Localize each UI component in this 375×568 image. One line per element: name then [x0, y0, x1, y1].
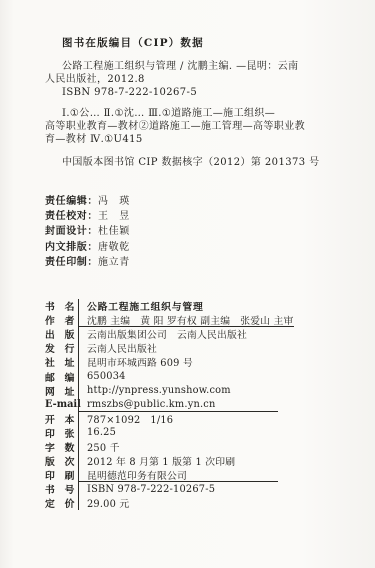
credit-row-typesetting: 内文排版： 唐敬乾 — [45, 238, 130, 253]
row-value: 16.25 — [78, 426, 278, 440]
credit-value: 冯 瑛 — [98, 192, 130, 207]
row-value: 昆明市环城西路 609 号 — [78, 355, 278, 369]
cip-record-block: 公路工程施工组织与管理 / 沈鹏主编. —昆明：云南 人民出版社，2012.8 … — [45, 60, 345, 99]
credit-row-cover-design: 封面设计： 杜佳颖 — [45, 222, 130, 237]
credit-label: 内文排版： — [45, 238, 98, 253]
credit-value: 唐敬乾 — [98, 238, 130, 253]
cip-record-line1: 公路工程施工组织与管理 / 沈鹏主编. —昆明：云南 — [45, 60, 345, 73]
cip-record-line2: 人民出版社，2012.8 — [45, 73, 345, 86]
table-row-distributor: 发 行 云南人民出版社 — [45, 341, 278, 355]
table-row-printer: 印 刷 昆明德范印务有限公司 — [45, 468, 278, 482]
row-label: 书 名 — [45, 299, 78, 313]
credit-row-print-supervisor: 责任印制： 施立青 — [45, 253, 130, 268]
row-value: 29.00 元 — [78, 496, 278, 510]
cip-class-line1: Ⅰ.①公… Ⅱ.①沈… Ⅲ.①道路施工—施工组织— — [45, 107, 345, 120]
credit-row-editor: 责任编辑： 冯 瑛 — [45, 192, 130, 207]
row-label: 发 行 — [45, 341, 78, 355]
row-value: 787×1092 1/16 — [78, 412, 278, 426]
row-label: 印 张 — [45, 426, 78, 440]
row-label: 定 价 — [45, 496, 78, 510]
row-value: 昆明德范印务有限公司 — [78, 468, 278, 482]
table-row-title: 书 名 公路工程施工组织与管理 — [45, 299, 278, 313]
row-value: ISBN 978-7-222-10267-5 — [78, 482, 278, 496]
table-row-wordcount: 字 数 250 千 — [45, 440, 278, 454]
cip-class-line3: 育—教材 Ⅳ.①U415 — [45, 133, 345, 146]
credit-value: 杜佳颖 — [98, 222, 130, 237]
row-label: 出 版 — [45, 327, 78, 341]
credit-value: 王 昱 — [98, 207, 130, 222]
row-value: 2012 年 8 月第 1 版第 1 次印刷 — [78, 454, 278, 468]
credit-label: 责任印制： — [45, 253, 98, 268]
row-value: rmszbs@public.km.yn.cn — [78, 398, 278, 412]
book-copyright-page: 图书在版编目（CIP）数据 公路工程施工组织与管理 / 沈鹏主编. —昆明：云南… — [0, 0, 375, 568]
credit-label: 封面设计： — [45, 222, 98, 237]
row-label: 邮 编 — [45, 369, 78, 383]
cip-isbn-line: ISBN 978-7-222-10267-5 — [45, 86, 345, 99]
row-value: 公路工程施工组织与管理 — [78, 299, 278, 313]
row-label: 网 址 — [45, 384, 78, 398]
row-label: 印 刷 — [45, 468, 78, 482]
table-row-sheets: 印 张 16.25 — [45, 426, 278, 440]
table-row-email: E-mail rmszbs@public.km.yn.cn — [45, 398, 278, 412]
row-label: 版 次 — [45, 454, 78, 468]
row-label: 字 数 — [45, 440, 78, 454]
cip-header: 图书在版编目（CIP）数据 — [62, 35, 204, 50]
row-label: E-mail — [45, 398, 78, 412]
credit-label: 责任校对： — [45, 207, 98, 222]
row-label: 开 本 — [45, 412, 78, 426]
table-row-isbn: 书 号 ISBN 978-7-222-10267-5 — [45, 482, 278, 496]
row-value: http://ynpress.yunshow.com — [78, 384, 278, 398]
row-value: 云南出版集团公司 云南人民出版社 — [78, 327, 278, 341]
table-row-postcode: 邮 编 650034 — [45, 369, 278, 383]
row-label: 书 号 — [45, 482, 78, 496]
cip-class-line2: 高等职业教育—教材②道路施工—施工管理—高等职业教 — [45, 120, 345, 133]
row-label: 作 者 — [45, 313, 78, 327]
table-row-format: 开 本 787×1092 1/16 — [45, 412, 278, 426]
credit-value: 施立青 — [98, 253, 130, 268]
row-label: 社 址 — [45, 355, 78, 369]
table-row-website: 网 址 http://ynpress.yunshow.com — [45, 384, 278, 398]
table-row-author: 作 者 沈鹏 主编 黄 阳 罗有权 副主编 张爱山 主审 — [45, 313, 278, 327]
credit-row-proofreader: 责任校对： 王 昱 — [45, 207, 130, 222]
table-row-address: 社 址 昆明市环城西路 609 号 — [45, 355, 278, 369]
credits-block: 责任编辑： 冯 瑛 责任校对： 王 昱 封面设计： 杜佳颖 内文排版： 唐敬乾 … — [45, 192, 130, 268]
credit-label: 责任编辑： — [45, 192, 98, 207]
table-row-publisher: 出 版 云南出版集团公司 云南人民出版社 — [45, 327, 278, 341]
row-value: 云南人民出版社 — [78, 341, 278, 355]
row-value: 650034 — [78, 369, 278, 383]
table-row-price: 定 价 29.00 元 — [45, 496, 278, 510]
cip-registry-line: 中国版本图书馆 CIP 数据核字（2012）第 201373 号 — [62, 153, 319, 168]
colophon-table: 书 名 公路工程施工组织与管理 作 者 沈鹏 主编 黄 阳 罗有权 副主编 张爱… — [45, 299, 278, 510]
table-row-edition: 版 次 2012 年 8 月第 1 版第 1 次印刷 — [45, 454, 278, 468]
row-value: 250 千 — [78, 440, 278, 454]
cip-classification-block: Ⅰ.①公… Ⅱ.①沈… Ⅲ.①道路施工—施工组织— 高等职业教育—教材②道路施工… — [45, 107, 345, 146]
row-value: 沈鹏 主编 黄 阳 罗有权 副主编 张爱山 主审 — [78, 313, 294, 327]
